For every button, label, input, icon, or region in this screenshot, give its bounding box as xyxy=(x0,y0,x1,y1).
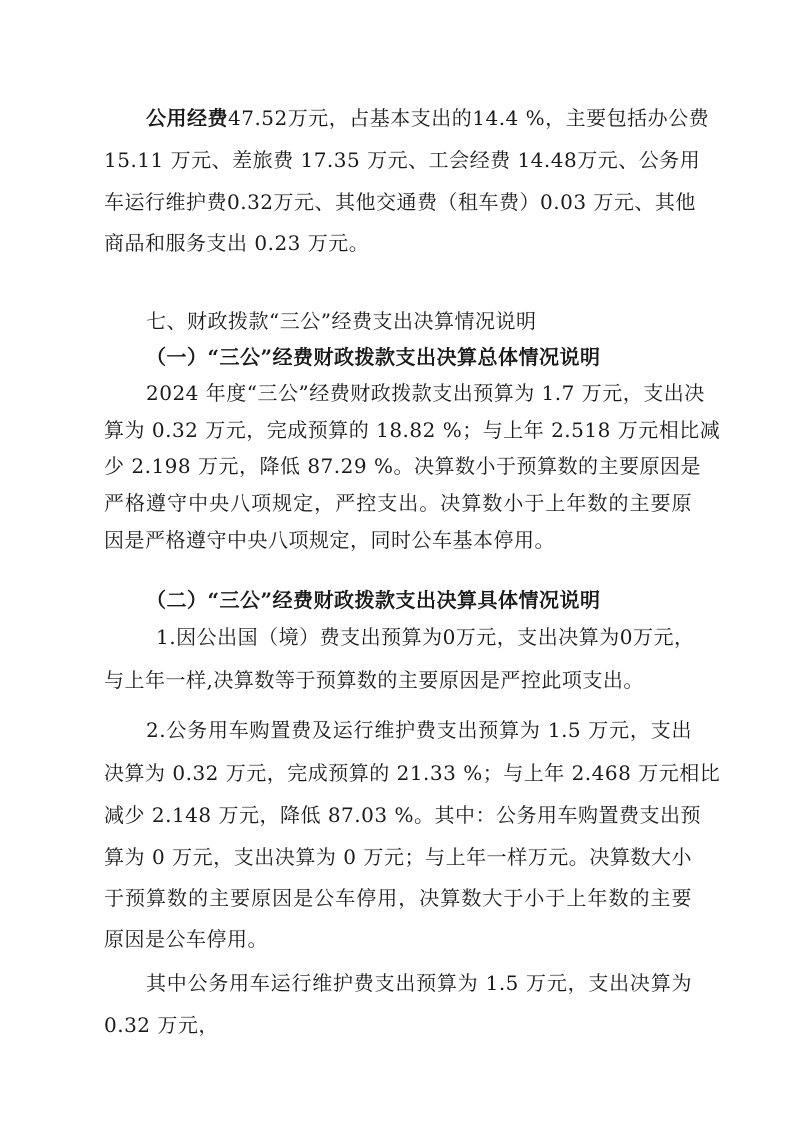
item-2-line-4: 算为 0 万元，支出决算为 0 万元；与上年一样万元。决算数大小 xyxy=(104,842,692,872)
paragraph-public-funds-line-1: 公用经费47.52万元，占基本支出的14.4 %，主要包括办公费 xyxy=(146,103,692,133)
section-7-title: 七、财政拨款“三公”经费支出决算情况说明 xyxy=(146,306,734,336)
subsection-2-title: （二）“三公”经费财政拨款支出决算具体情况说明 xyxy=(146,585,734,615)
item-1-line-1: 1.因公出国（境）费支出预算为0万元，支出决算为0万元， xyxy=(156,622,692,652)
paragraph-public-funds-line-4: 商品和服务支出 0.23 万元。 xyxy=(104,228,692,258)
subsection-1-line-5: 因是严格遵守中央八项规定，同时公车基本停用。 xyxy=(104,525,692,555)
item-3-line-2: 0.32 万元， xyxy=(104,1010,692,1040)
subsection-1-line-1: 2024 年度“三公”经费财政拨款支出预算为 1.7 万元，支出决 xyxy=(146,378,692,408)
paragraph-public-funds-line-3: 车运行维护费0.32万元、其他交通费（租车费）0.03 万元、其他 xyxy=(104,187,692,217)
subsection-1-title: （一）“三公”经费财政拨款支出决算总体情况说明 xyxy=(146,342,734,372)
item-3-line-1: 其中公务用车运行维护费支出预算为 1.5 万元，支出决算为 xyxy=(146,968,692,998)
subsection-1-line-3: 少 2.198 万元，降低 87.29 %。决算数小于预算数的主要原因是 xyxy=(104,451,692,481)
item-2-line-5: 于预算数的主要原因是公车停用，决算数大于小于上年数的主要 xyxy=(104,883,692,913)
public-funds-lead: 公用经费 xyxy=(146,106,228,130)
item-2-line-1: 2.公务用车购置费及运行维护费支出预算为 1.5 万元，支出 xyxy=(146,715,692,745)
item-2-line-6: 原因是公车停用。 xyxy=(104,924,692,954)
paragraph-public-funds-line-2: 15.11 万元、差旅费 17.35 万元、工会经费 14.48万元、公务用 xyxy=(104,145,692,175)
subsection-1-line-4: 严格遵守中央八项规定，严控支出。决算数小于上年数的主要原 xyxy=(104,488,692,518)
item-1-line-2: 与上年一样,决算数等于预算数的主要原因是严控此项支出。 xyxy=(104,665,692,695)
item-2-line-2: 决算为 0.32 万元，完成预算的 21.33 %；与上年 2.468 万元相比 xyxy=(104,758,692,788)
subsection-1-line-2: 算为 0.32 万元，完成预算的 18.82 %；与上年 2.518 万元相比减 xyxy=(104,415,692,445)
item-2-line-3: 减少 2.148 万元，降低 87.03 %。其中：公务用车购置费支出预 xyxy=(104,800,692,830)
